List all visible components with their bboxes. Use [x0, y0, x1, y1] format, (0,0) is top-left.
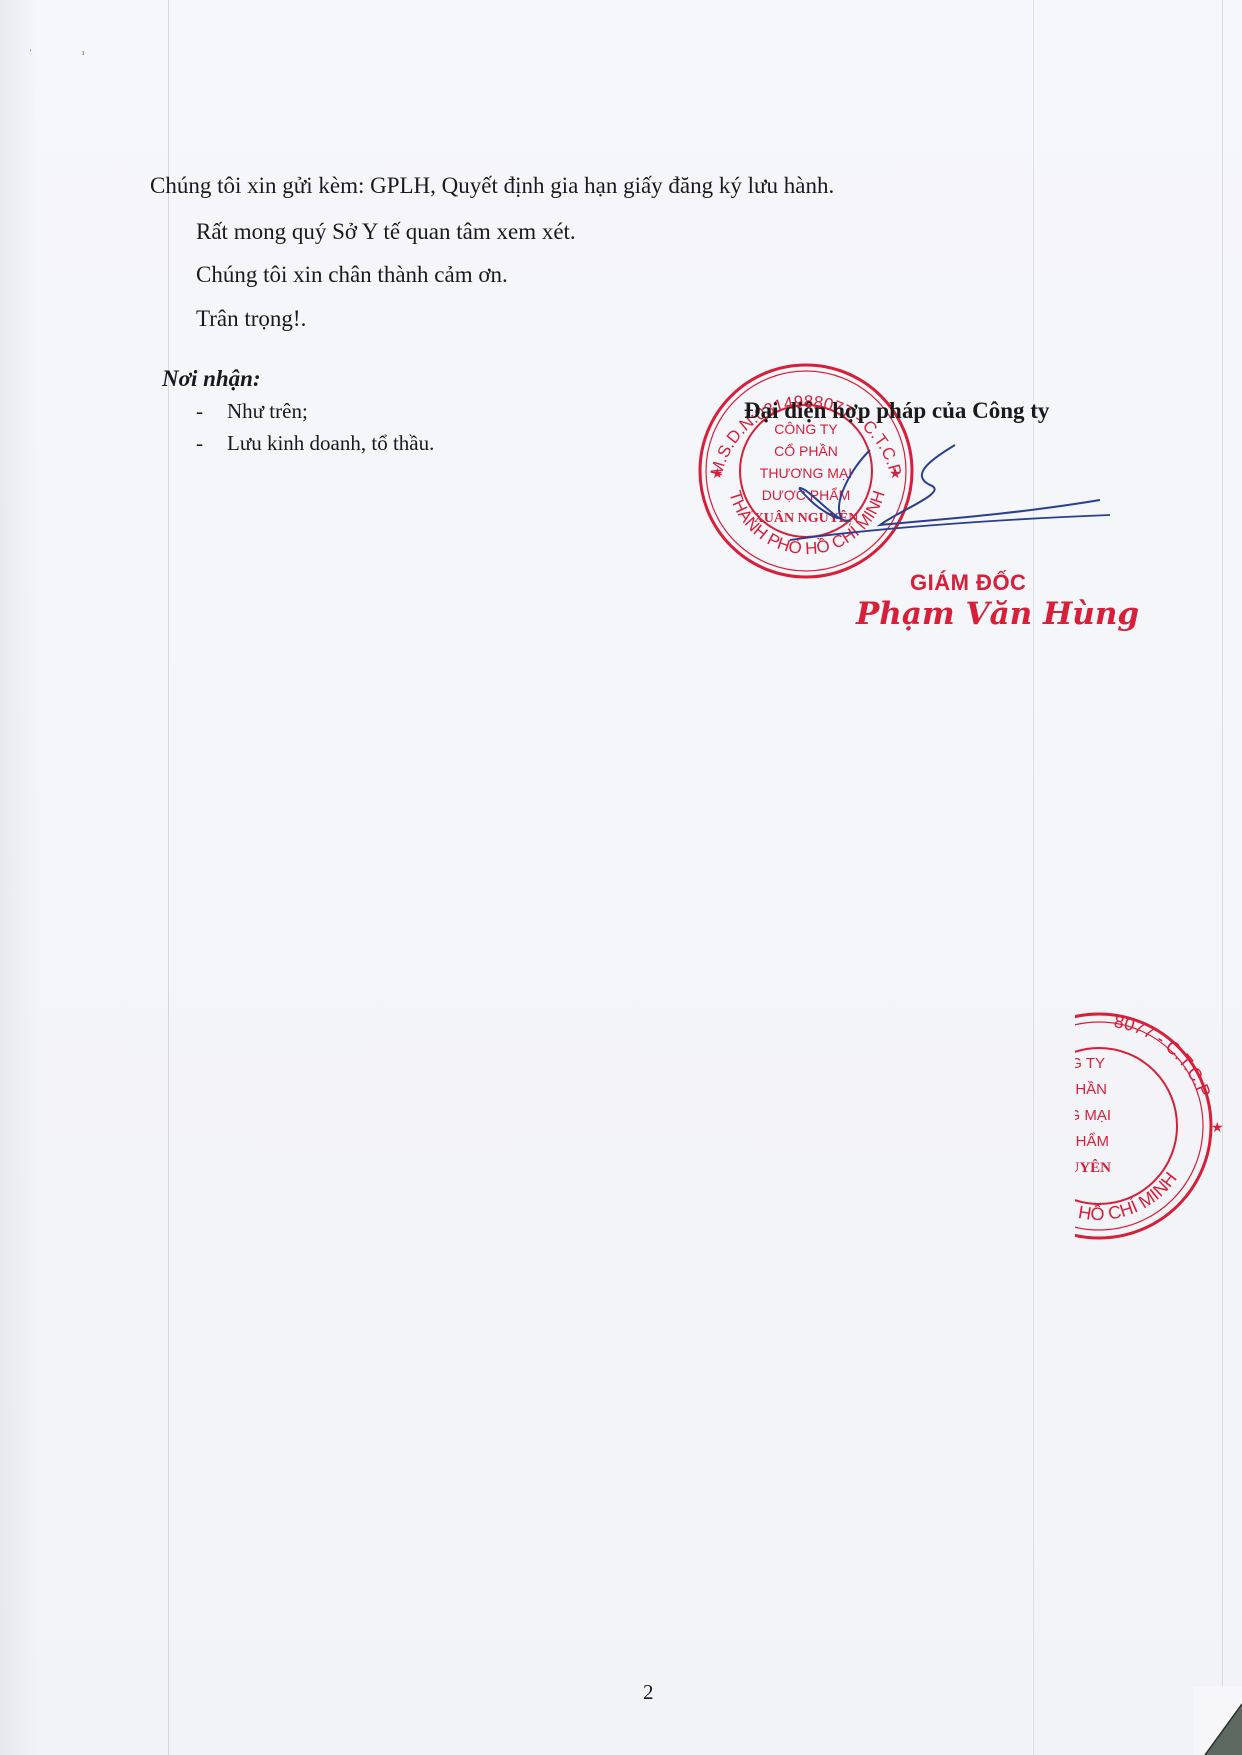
recipient-text: Lưu kinh doanh, tổ thầu. — [227, 431, 434, 455]
partial-stamp-line: G TY — [1075, 1055, 1105, 1072]
partial-stamp-line: HẦN — [1075, 1081, 1107, 1098]
body-line-thanks: Chúng tôi xin chân thành cảm ơn. — [196, 261, 508, 289]
scan-fold-line — [1222, 0, 1223, 1755]
svg-text:★: ★ — [1211, 1121, 1224, 1136]
page-number: 2 — [643, 1680, 654, 1705]
partial-seal-stamp: 8077 - C.T.C.P HỒ CHÍ MINH ★ G TY HẦN ·G… — [1075, 1010, 1235, 1240]
partial-stamp-line: ·G MẠI — [1075, 1107, 1111, 1124]
scan-fold-line — [1033, 0, 1034, 1755]
recipient-item: -Như trên; — [196, 398, 308, 424]
partial-stamp-line: GUYÊN — [1075, 1159, 1111, 1176]
svg-text:8077 - C.T.C.P: 8077 - C.T.C.P — [1112, 1011, 1214, 1100]
recipient-text: Như trên; — [227, 399, 308, 423]
scan-artifact: ' — [30, 48, 31, 57]
page-corner-fold — [1193, 1686, 1242, 1755]
partial-stamp-line: PHẨM — [1075, 1132, 1109, 1150]
recipient-item: -Lưu kinh doanh, tổ thầu. — [196, 430, 434, 456]
partial-stamp-outer-top: 8077 - C.T.C.P — [1112, 1011, 1214, 1100]
body-line-attachments: Chúng tôi xin gửi kèm: GPLH, Quyết định … — [150, 172, 834, 200]
signer-position: GIÁM ĐỐC — [910, 570, 1026, 596]
recipients-title: Nơi nhận: — [162, 366, 261, 392]
bullet-dash: - — [196, 430, 203, 456]
body-line-request: Rất mong quý Sở Y tế quan tâm xem xét. — [196, 218, 576, 246]
handwritten-signature — [780, 430, 1110, 550]
scan-fold-line — [168, 0, 169, 1755]
body-line-closing: Trân trọng!. — [196, 305, 306, 333]
signer-title: Đại diện hợp pháp của Công ty — [744, 398, 1049, 424]
bullet-dash: - — [196, 398, 203, 424]
scan-artifact: ı — [82, 48, 84, 57]
signer-name-stamp: Phạm Văn Hùng — [856, 596, 1139, 632]
scanned-page-background — [0, 0, 1242, 1755]
svg-text:★: ★ — [711, 467, 724, 482]
